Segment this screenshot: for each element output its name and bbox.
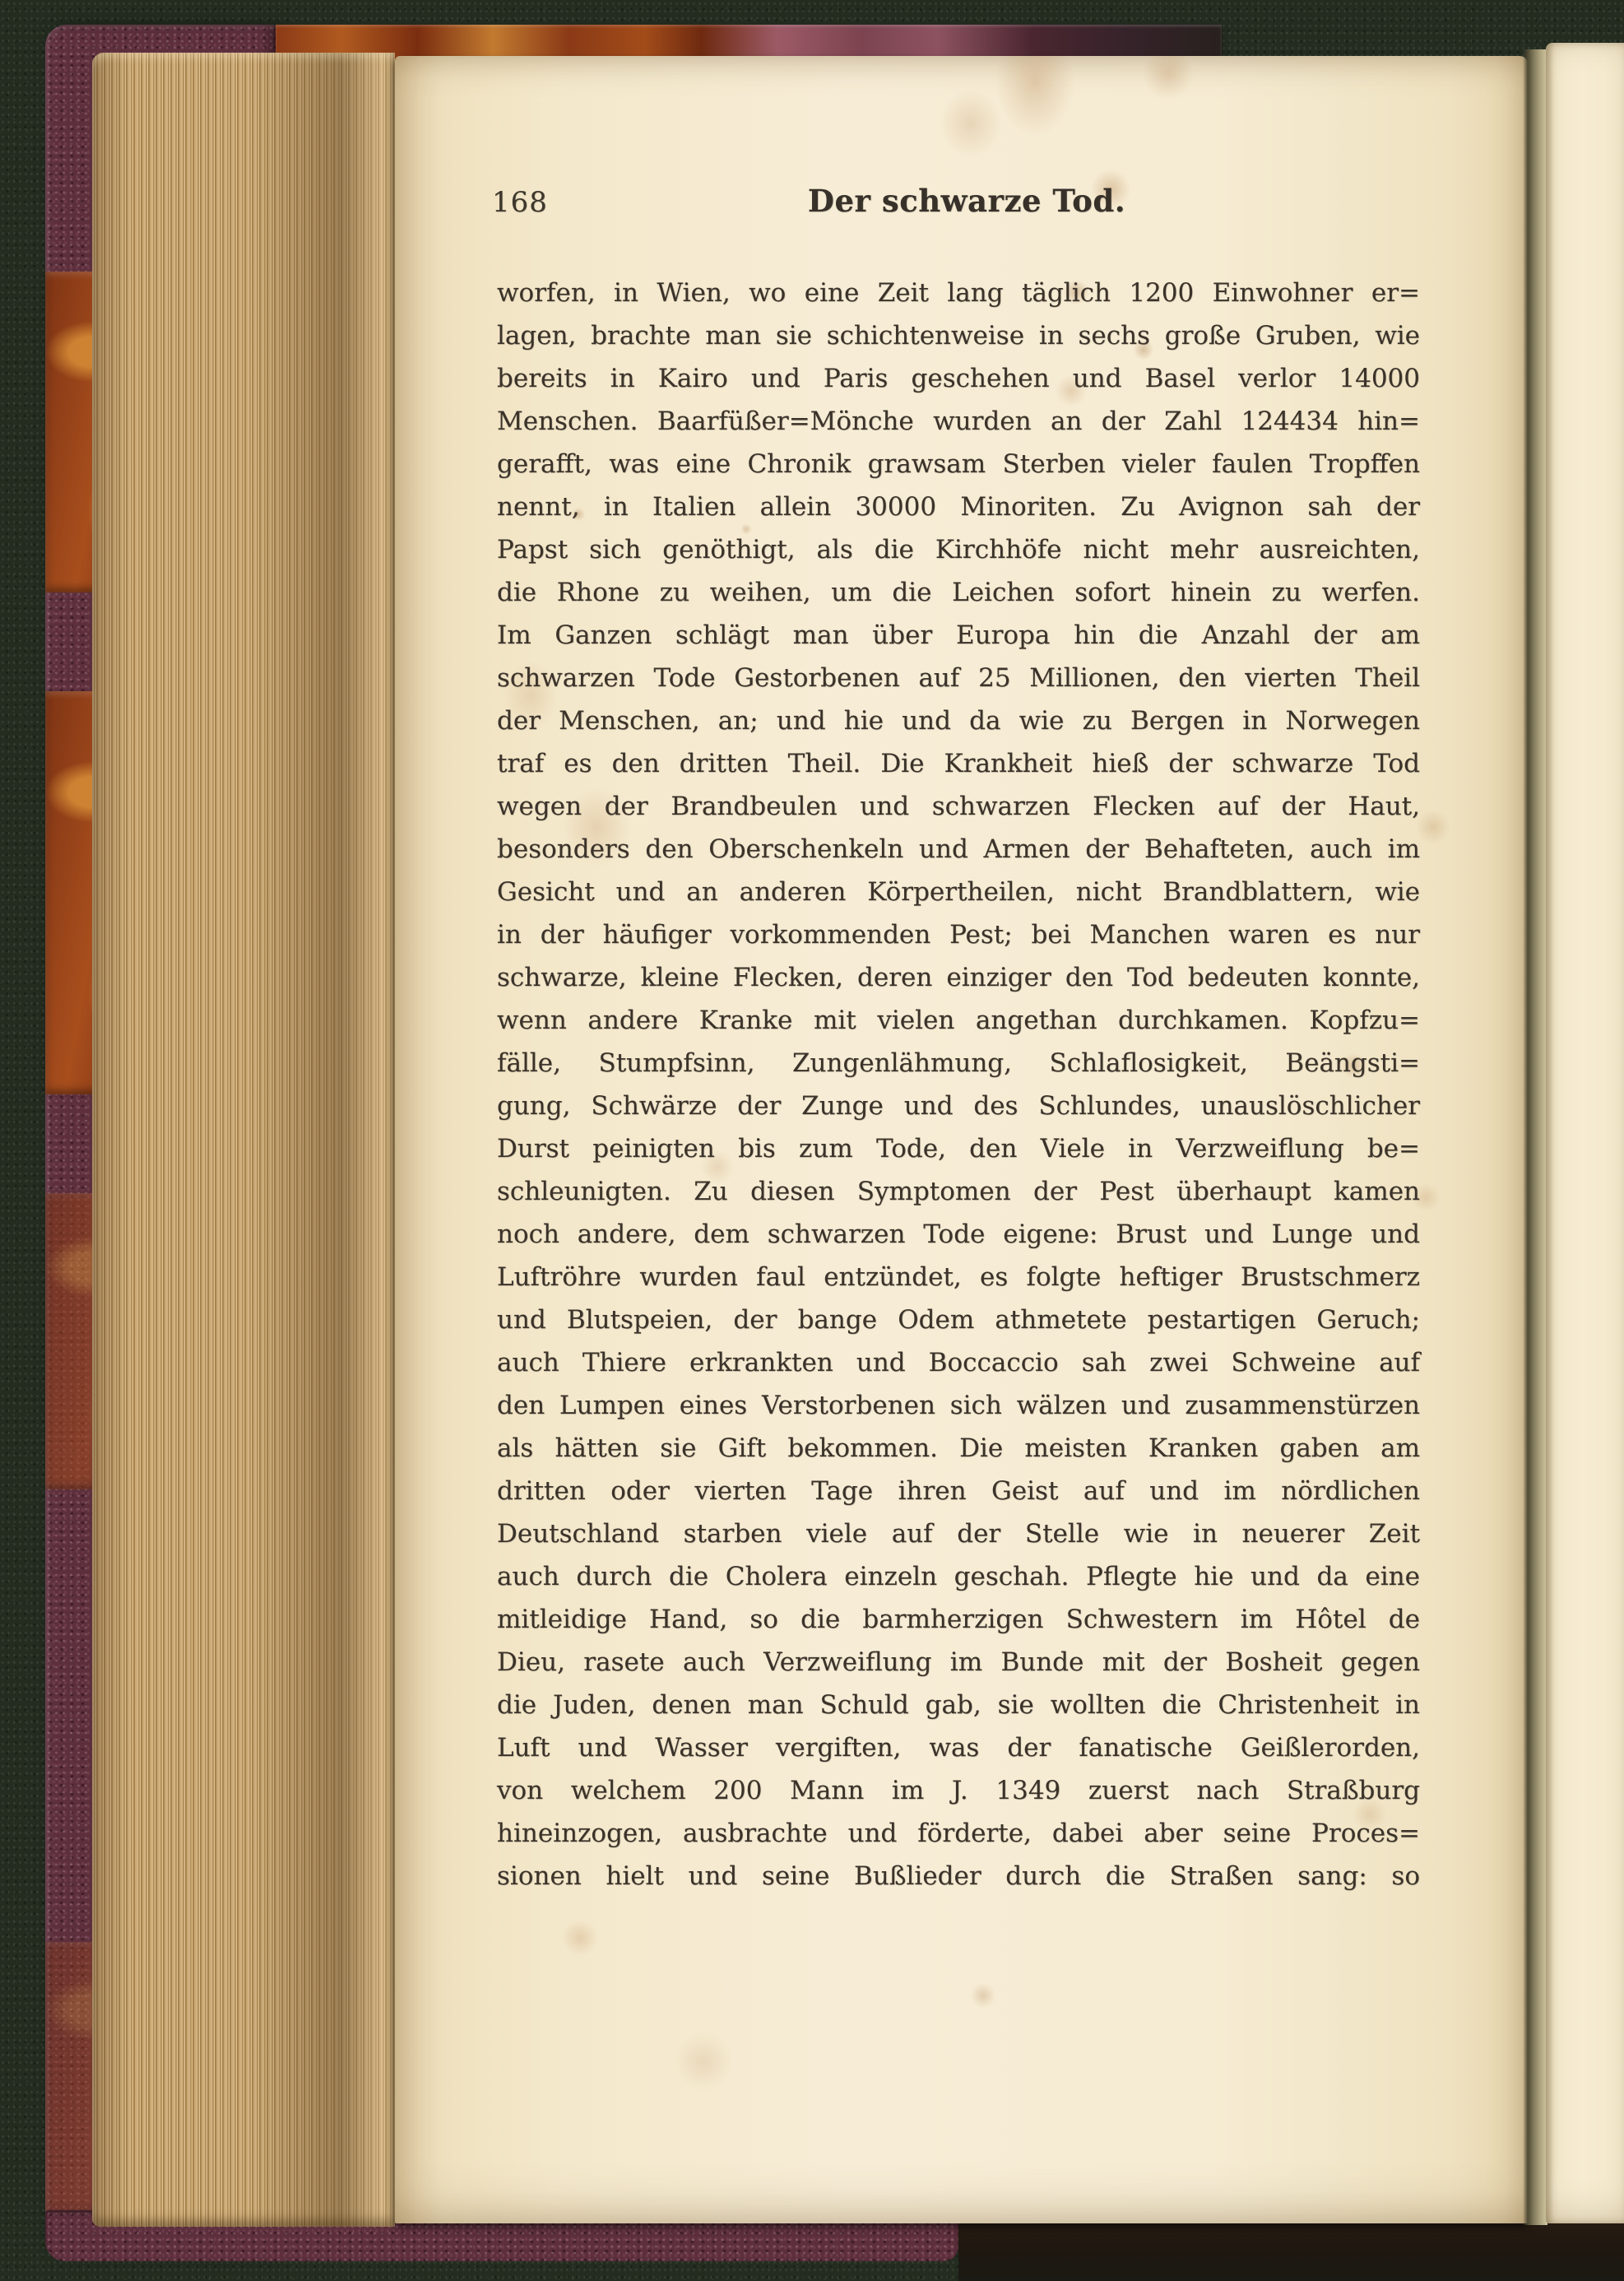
- text-line: auch Thiere erkrankten und Boccaccio sah…: [497, 1341, 1420, 1384]
- text-line: Papst sich genöthigt, als die Kirchhöfe …: [497, 528, 1420, 571]
- text-line: worfen, in Wien, wo eine Zeit lang tägli…: [497, 272, 1420, 314]
- text-line: Dieu, rasete auch Verzweiflung im Bunde …: [497, 1641, 1420, 1684]
- text-line: Menschen. Baarfüßer=Mönche wurden an der…: [497, 400, 1420, 443]
- text-line: schleunigten. Zu diesen Symptomen der Pe…: [497, 1170, 1420, 1213]
- page-number: 168: [492, 186, 591, 219]
- text-line: Gesicht und an anderen Körpertheilen, ni…: [497, 871, 1420, 913]
- text-line: die Juden, denen man Schuld gab, sie wol…: [497, 1684, 1420, 1726]
- text-line: Durst peinigten bis zum Tode, den Viele …: [497, 1127, 1420, 1170]
- text-line: Deutschland starben viele auf der Stelle…: [497, 1512, 1420, 1555]
- text-line: dritten oder vierten Tage ihren Geist au…: [497, 1470, 1420, 1512]
- text-line: nennt, in Italien allein 30000 Minoriten…: [497, 485, 1420, 528]
- text-line: schwarze, kleine Flecken, deren einziger…: [497, 956, 1420, 999]
- text-line: lagen, brachte man sie schichtenweise in…: [497, 314, 1420, 357]
- text-line: wenn andere Kranke mit vielen angethan d…: [497, 999, 1420, 1042]
- page-block-edges: [92, 53, 395, 2227]
- text-line: Im Ganzen schlägt man über Europa hin di…: [497, 614, 1420, 657]
- text-line: gung, Schwärze der Zunge und des Schlund…: [497, 1085, 1420, 1127]
- text-line: von welchem 200 Mann im J. 1349 zuerst n…: [497, 1769, 1420, 1812]
- text-line: und Blutspeien, der bange Odem athmetete…: [497, 1298, 1420, 1341]
- book-page: 168 Der schwarze Tod. worfen, in Wien, w…: [395, 56, 1528, 2223]
- text-line: Luft und Wasser vergiften, was der fanat…: [497, 1726, 1420, 1769]
- text-line: gerafft, was eine Chronik grawsam Sterbe…: [497, 443, 1420, 485]
- text-line: in der häufiger vorkommenden Pest; bei M…: [497, 913, 1420, 956]
- text-line: Luftröhre wurden faul entzündet, es folg…: [497, 1256, 1420, 1298]
- text-line: der Menschen, an; und hie und da wie zu …: [497, 699, 1420, 742]
- text-line: als hätten sie Gift bekommen. Die meiste…: [497, 1427, 1420, 1470]
- gutter-shadow: [1523, 49, 1547, 2225]
- text-line: den Lumpen eines Verstorbenen sich wälze…: [497, 1384, 1420, 1427]
- text-line: besonders den Oberschenkeln und Armen de…: [497, 828, 1420, 871]
- text-line: hineinzogen, ausbrachte und förderte, da…: [497, 1812, 1420, 1855]
- text-line: traf es den dritten Theil. Die Krankheit…: [497, 742, 1420, 785]
- text-line: wegen der Brandbeulen und schwarzen Flec…: [497, 785, 1420, 828]
- book-photo: 168 Der schwarze Tod. worfen, in Wien, w…: [0, 0, 1624, 2281]
- next-page-edge: [1546, 43, 1624, 2223]
- text-line: mitleidige Hand, so die barmherzigen Sch…: [497, 1598, 1420, 1641]
- text-line: die Rhone zu weihen, um die Leichen sofo…: [497, 571, 1420, 614]
- text-line: fälle, Stumpfsinn, Zungenlähmung, Schlaf…: [497, 1042, 1420, 1085]
- page-text: worfen, in Wien, wo eine Zeit lang tägli…: [497, 272, 1420, 1898]
- text-line: auch durch die Cholera einzeln geschah. …: [497, 1555, 1420, 1598]
- running-header: Der schwarze Tod.: [724, 183, 1209, 219]
- text-line: bereits in Kairo und Paris geschehen und…: [497, 357, 1420, 400]
- text-line: sionen hielt und seine Bußlieder durch d…: [497, 1855, 1420, 1898]
- text-line: noch andere, dem schwarzen Tode eigene: …: [497, 1213, 1420, 1256]
- text-line: schwarzen Tode Gestorbenen auf 25 Millio…: [497, 657, 1420, 699]
